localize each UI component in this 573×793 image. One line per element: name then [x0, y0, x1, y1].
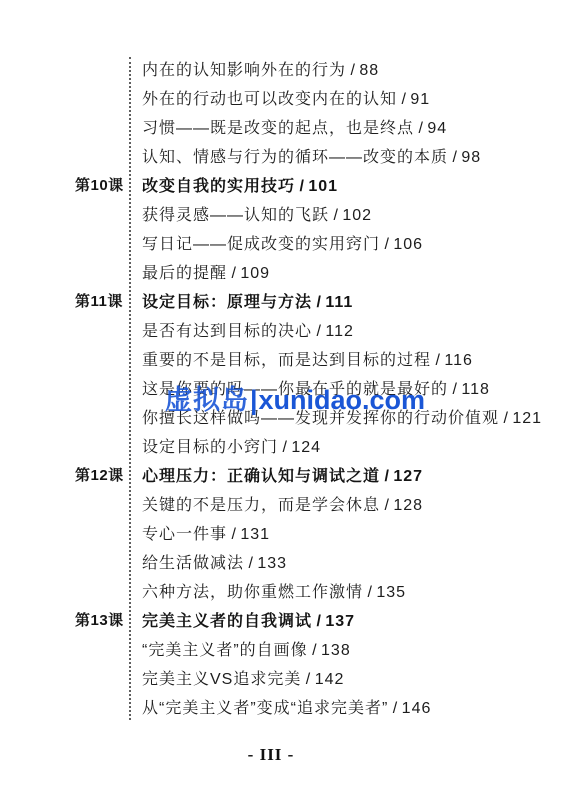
toc-entry-row: 设定目标的小窍门 / 124 — [0, 431, 573, 460]
toc-entry-row: 认知、情感与行为的循环——改变的本质 / 98 — [0, 141, 573, 170]
toc-entry-row: 六种方法，助你重燃工作激情 / 135 — [0, 576, 573, 605]
entry-separator: / — [227, 265, 240, 282]
entry-separator: / — [329, 207, 342, 224]
entry-title: 设定目标：原理与方法 — [142, 294, 312, 311]
entry-separator: / — [308, 642, 321, 659]
entry-title: 六种方法，助你重燃工作激情 — [142, 584, 363, 601]
entry-page-number: 127 — [393, 468, 423, 485]
toc-section-heading-row: 第10课改变自我的实用技巧 / 101 — [0, 170, 573, 199]
entry-text: 设定目标的小窍门 / 124 — [131, 434, 321, 457]
entry-text: 关键的不是压力，而是学会休息 / 128 — [131, 492, 423, 515]
toc-entry-row: 重要的不是目标，而是达到目标的过程 / 116 — [0, 344, 573, 373]
entry-page-number: 142 — [315, 671, 345, 688]
entry-separator: / — [431, 352, 444, 369]
toc-entry-row: 关键的不是压力，而是学会休息 / 128 — [0, 489, 573, 518]
entry-title: 给生活做减法 — [142, 555, 244, 572]
entry-separator: / — [301, 671, 314, 688]
entry-title: 最后的提醒 — [142, 265, 227, 282]
toc-entry-row: 给生活做减法 / 133 — [0, 547, 573, 576]
entry-text: 心理压力：正确认知与调试之道 / 127 — [131, 463, 423, 486]
toc-entry-row: 外在的行动也可以改变内在的认知 / 91 — [0, 83, 573, 112]
entry-text: 获得灵感——认知的飞跃 / 102 — [131, 202, 372, 225]
entry-text: 专心一件事 / 131 — [131, 521, 270, 544]
entry-text: 设定目标：原理与方法 / 111 — [131, 289, 353, 312]
watermark-domain: xunidao.com — [259, 385, 426, 415]
entry-title: 写日记——促成改变的实用窍门 — [142, 236, 380, 253]
entry-separator: / — [227, 526, 240, 543]
entry-title: 设定目标的小窍门 — [142, 439, 278, 456]
entry-title: 完美主义者的自我调试 — [142, 613, 312, 630]
entry-text: 完美主义者的自我调试 / 137 — [131, 608, 355, 631]
entry-separator: / — [312, 294, 325, 311]
entry-text: 从“完美主义者”变成“追求完美者” / 146 — [131, 695, 431, 718]
toc-section-heading-row: 第11课设定目标：原理与方法 / 111 — [0, 286, 573, 315]
toc-entry-row: 完美主义VS追求完美 / 142 — [0, 663, 573, 692]
toc-entry-row: 是否有达到目标的决心 / 112 — [0, 315, 573, 344]
watermark: 虚拟岛|xunidao.com — [165, 386, 425, 414]
entry-separator: / — [380, 236, 393, 253]
toc-entry-row: 获得灵感——认知的飞跃 / 102 — [0, 199, 573, 228]
entry-page-number: 88 — [359, 62, 379, 79]
entry-separator: / — [499, 410, 512, 427]
entry-title: 习惯——既是改变的起点，也是终点 — [142, 120, 414, 137]
entry-page-number: 135 — [376, 584, 406, 601]
entry-separator: / — [278, 439, 291, 456]
entry-text: 最后的提醒 / 109 — [131, 260, 270, 283]
entry-title: 从“完美主义者”变成“追求完美者” — [142, 700, 388, 717]
entry-page-number: 121 — [512, 410, 542, 427]
toc-entry-row: “完美主义者”的自画像 / 138 — [0, 634, 573, 663]
entry-text: 认知、情感与行为的循环——改变的本质 / 98 — [131, 144, 481, 167]
entry-text: 重要的不是目标，而是达到目标的过程 / 116 — [131, 347, 473, 370]
entry-title: 认知、情感与行为的循环——改变的本质 — [142, 149, 448, 166]
entry-separator: / — [380, 468, 393, 485]
entry-title: “完美主义者”的自画像 — [142, 642, 308, 659]
entry-page-number: 137 — [325, 613, 355, 630]
entry-text: 写日记——促成改变的实用窍门 / 106 — [131, 231, 423, 254]
watermark-separator: | — [250, 385, 258, 415]
entry-page-number: 102 — [342, 207, 372, 224]
toc-entry-row: 内在的认知影响外在的行为 / 88 — [0, 54, 573, 83]
toc-section-heading-row: 第13课完美主义者的自我调试 / 137 — [0, 605, 573, 634]
entry-text: “完美主义者”的自画像 / 138 — [131, 637, 351, 660]
entry-page-number: 131 — [240, 526, 270, 543]
toc-entry-row: 最后的提醒 / 109 — [0, 257, 573, 286]
entry-text: 外在的行动也可以改变内在的认知 / 91 — [131, 86, 430, 109]
entry-page-number: 133 — [257, 555, 287, 572]
entry-title: 心理压力：正确认知与调试之道 — [142, 468, 380, 485]
entry-separator: / — [388, 700, 401, 717]
toc-entry-row: 从“完美主义者”变成“追求完美者” / 146 — [0, 692, 573, 721]
entry-title: 获得灵感——认知的飞跃 — [142, 207, 329, 224]
entry-title: 改变自我的实用技巧 — [142, 178, 295, 195]
entry-text: 改变自我的实用技巧 / 101 — [131, 173, 338, 196]
entry-separator: / — [295, 178, 308, 195]
entry-separator: / — [363, 584, 376, 601]
entry-title: 内在的认知影响外在的行为 — [142, 62, 346, 79]
watermark-site-name: 虚拟岛 — [165, 385, 249, 415]
toc-entry-row: 专心一件事 / 131 — [0, 518, 573, 547]
entry-page-number: 112 — [325, 323, 354, 340]
entry-page-number: 98 — [461, 149, 481, 166]
toc-entry-row: 写日记——促成改变的实用窍门 / 106 — [0, 228, 573, 257]
toc-entry-row: 习惯——既是改变的起点，也是终点 / 94 — [0, 112, 573, 141]
entry-separator: / — [312, 323, 325, 340]
entry-page-number: 91 — [410, 91, 430, 108]
entry-page-number: 111 — [325, 294, 353, 311]
toc-section-heading-row: 第12课心理压力：正确认知与调试之道 / 127 — [0, 460, 573, 489]
entry-text: 习惯——既是改变的起点，也是终点 / 94 — [131, 115, 447, 138]
lesson-label: 第12课 — [0, 464, 131, 485]
entry-separator: / — [448, 149, 461, 166]
entry-text: 给生活做减法 / 133 — [131, 550, 287, 573]
entry-title: 重要的不是目标，而是达到目标的过程 — [142, 352, 431, 369]
entry-page-number: 94 — [427, 120, 447, 137]
entry-separator: / — [448, 381, 461, 398]
entry-page-number: 106 — [393, 236, 423, 253]
entry-text: 内在的认知影响外在的行为 / 88 — [131, 57, 379, 80]
entry-title: 完美主义VS追求完美 — [142, 671, 301, 688]
entry-page-number: 118 — [461, 381, 490, 398]
entry-page-number: 138 — [321, 642, 351, 659]
entry-separator: / — [397, 91, 410, 108]
entry-separator: / — [380, 497, 393, 514]
entry-page-number: 124 — [291, 439, 321, 456]
lesson-label: 第10课 — [0, 174, 131, 195]
entry-title: 关键的不是压力，而是学会休息 — [142, 497, 380, 514]
entry-title: 是否有达到目标的决心 — [142, 323, 312, 340]
page-number: - III - — [248, 745, 295, 765]
entry-page-number: 109 — [240, 265, 270, 282]
entry-separator: / — [414, 120, 427, 137]
entry-page-number: 128 — [393, 497, 423, 514]
entry-text: 是否有达到目标的决心 / 112 — [131, 318, 354, 341]
lesson-label: 第11课 — [0, 290, 131, 311]
entry-text: 完美主义VS追求完美 / 142 — [131, 666, 344, 689]
entry-title: 专心一件事 — [142, 526, 227, 543]
entry-page-number: 146 — [402, 700, 432, 717]
entry-separator: / — [244, 555, 257, 572]
entry-text: 六种方法，助你重燃工作激情 / 135 — [131, 579, 406, 602]
entry-separator: / — [346, 62, 359, 79]
entry-page-number: 101 — [308, 178, 338, 195]
entry-separator: / — [312, 613, 325, 630]
book-toc-page: 内在的认知影响外在的行为 / 88外在的行动也可以改变内在的认知 / 91习惯—… — [0, 0, 573, 793]
entry-page-number: 116 — [444, 352, 473, 369]
lesson-label: 第13课 — [0, 609, 131, 630]
entry-title: 外在的行动也可以改变内在的认知 — [142, 91, 397, 108]
